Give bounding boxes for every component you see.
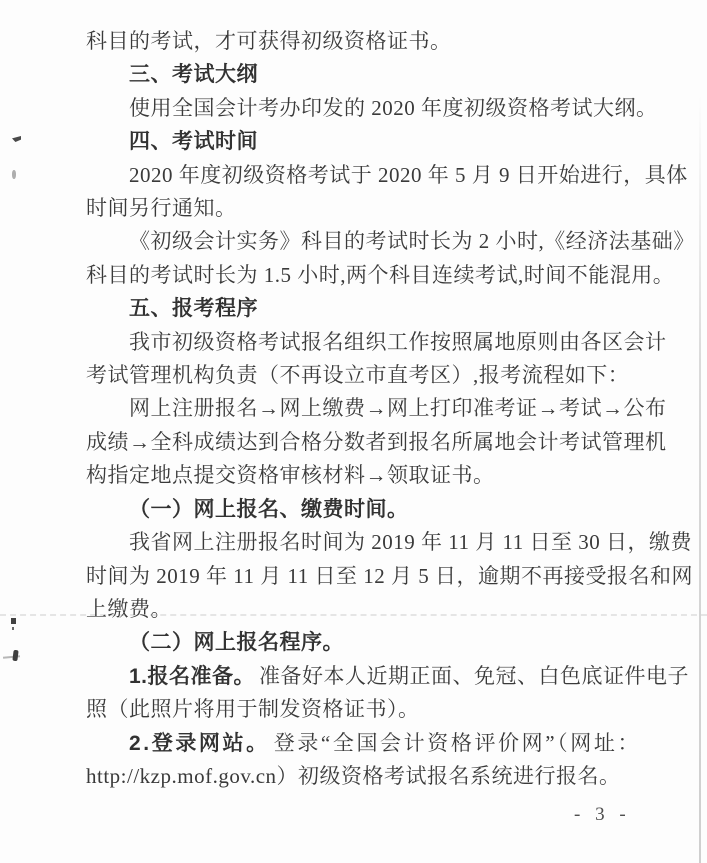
page-number: - 3 -: [574, 804, 631, 826]
scan-artifact-mark: [11, 618, 16, 624]
text-line: 1.报名准备。准备好本人近期正面、免冠、白色底证件电子: [86, 660, 620, 693]
section-heading: 三、考试大纲: [86, 58, 620, 91]
text-line: 时间另行通知。: [86, 192, 620, 225]
text-line: 成绩→全科成绩达到合格分数者到报名所属地会计考试管理机: [86, 426, 620, 459]
scanned-document-page: 科目的考试，才可获得初级资格证书。三、考试大纲使用全国会计考办印发的 2020 …: [0, 0, 707, 863]
text-line: 我省网上注册报名时间为 2019 年 11 月 11 日至 30 日，缴费: [86, 526, 620, 559]
text-line: http://kzp.mof.gov.cn）初级资格考试报名系统进行报名。: [86, 760, 620, 793]
text-line: 照（此照片将用于制发资格证书）。: [86, 693, 620, 726]
text-line: 时间为 2019 年 11 月 11 日至 12 月 5 日，逾期不再接受报名和…: [86, 560, 620, 593]
text-line: 科目的考试时长为 1.5 小时,两个科目连续考试,时间不能混用。: [86, 259, 620, 292]
text-line: 《初级会计实务》科目的考试时长为 2 小时,《经济法基础》: [86, 225, 620, 258]
scan-artifact-mark: [12, 627, 14, 630]
text-line: 考试管理机构负责（不再设立市直考区）,报考流程如下：: [86, 359, 620, 392]
scan-artifact-vertical-line: [699, 95, 701, 863]
text-line: 科目的考试，才可获得初级资格证书。: [86, 25, 620, 58]
scan-artifact-mark: [12, 136, 21, 142]
section-heading: 五、报考程序: [86, 292, 620, 325]
text-line: 上缴费。: [86, 593, 620, 626]
text-line: 2.登录网站。登录“全国会计资格评价网”（网址：: [86, 727, 620, 760]
section-heading: 四、考试时间: [86, 125, 620, 158]
text-line: 构指定地点提交资格审核材料→领取证书。: [86, 459, 620, 492]
section-heading: （二）网上报名程序。: [86, 626, 620, 659]
text-line: 使用全国会计考办印发的 2020 年度初级资格考试大纲。: [86, 92, 620, 125]
section-heading: （一）网上报名、缴费时间。: [86, 493, 620, 526]
bold-lead-in: 2.登录网站。: [129, 732, 270, 755]
text-line: 我市初级资格考试报名组织工作按照属地原则由各区会计: [86, 326, 620, 359]
bold-lead-in: 1.报名准备。: [129, 665, 255, 688]
scan-artifact-mark: [12, 170, 16, 179]
text-line: 2020 年度初级资格考试于 2020 年 5 月 9 日开始进行，具体: [86, 159, 620, 192]
text-line: 网上注册报名→网上缴费→网上打印准考证→考试→公布: [86, 392, 620, 425]
document-text-block: 科目的考试，才可获得初级资格证书。三、考试大纲使用全国会计考办印发的 2020 …: [86, 25, 620, 793]
scan-artifact-mark: [12, 650, 18, 662]
